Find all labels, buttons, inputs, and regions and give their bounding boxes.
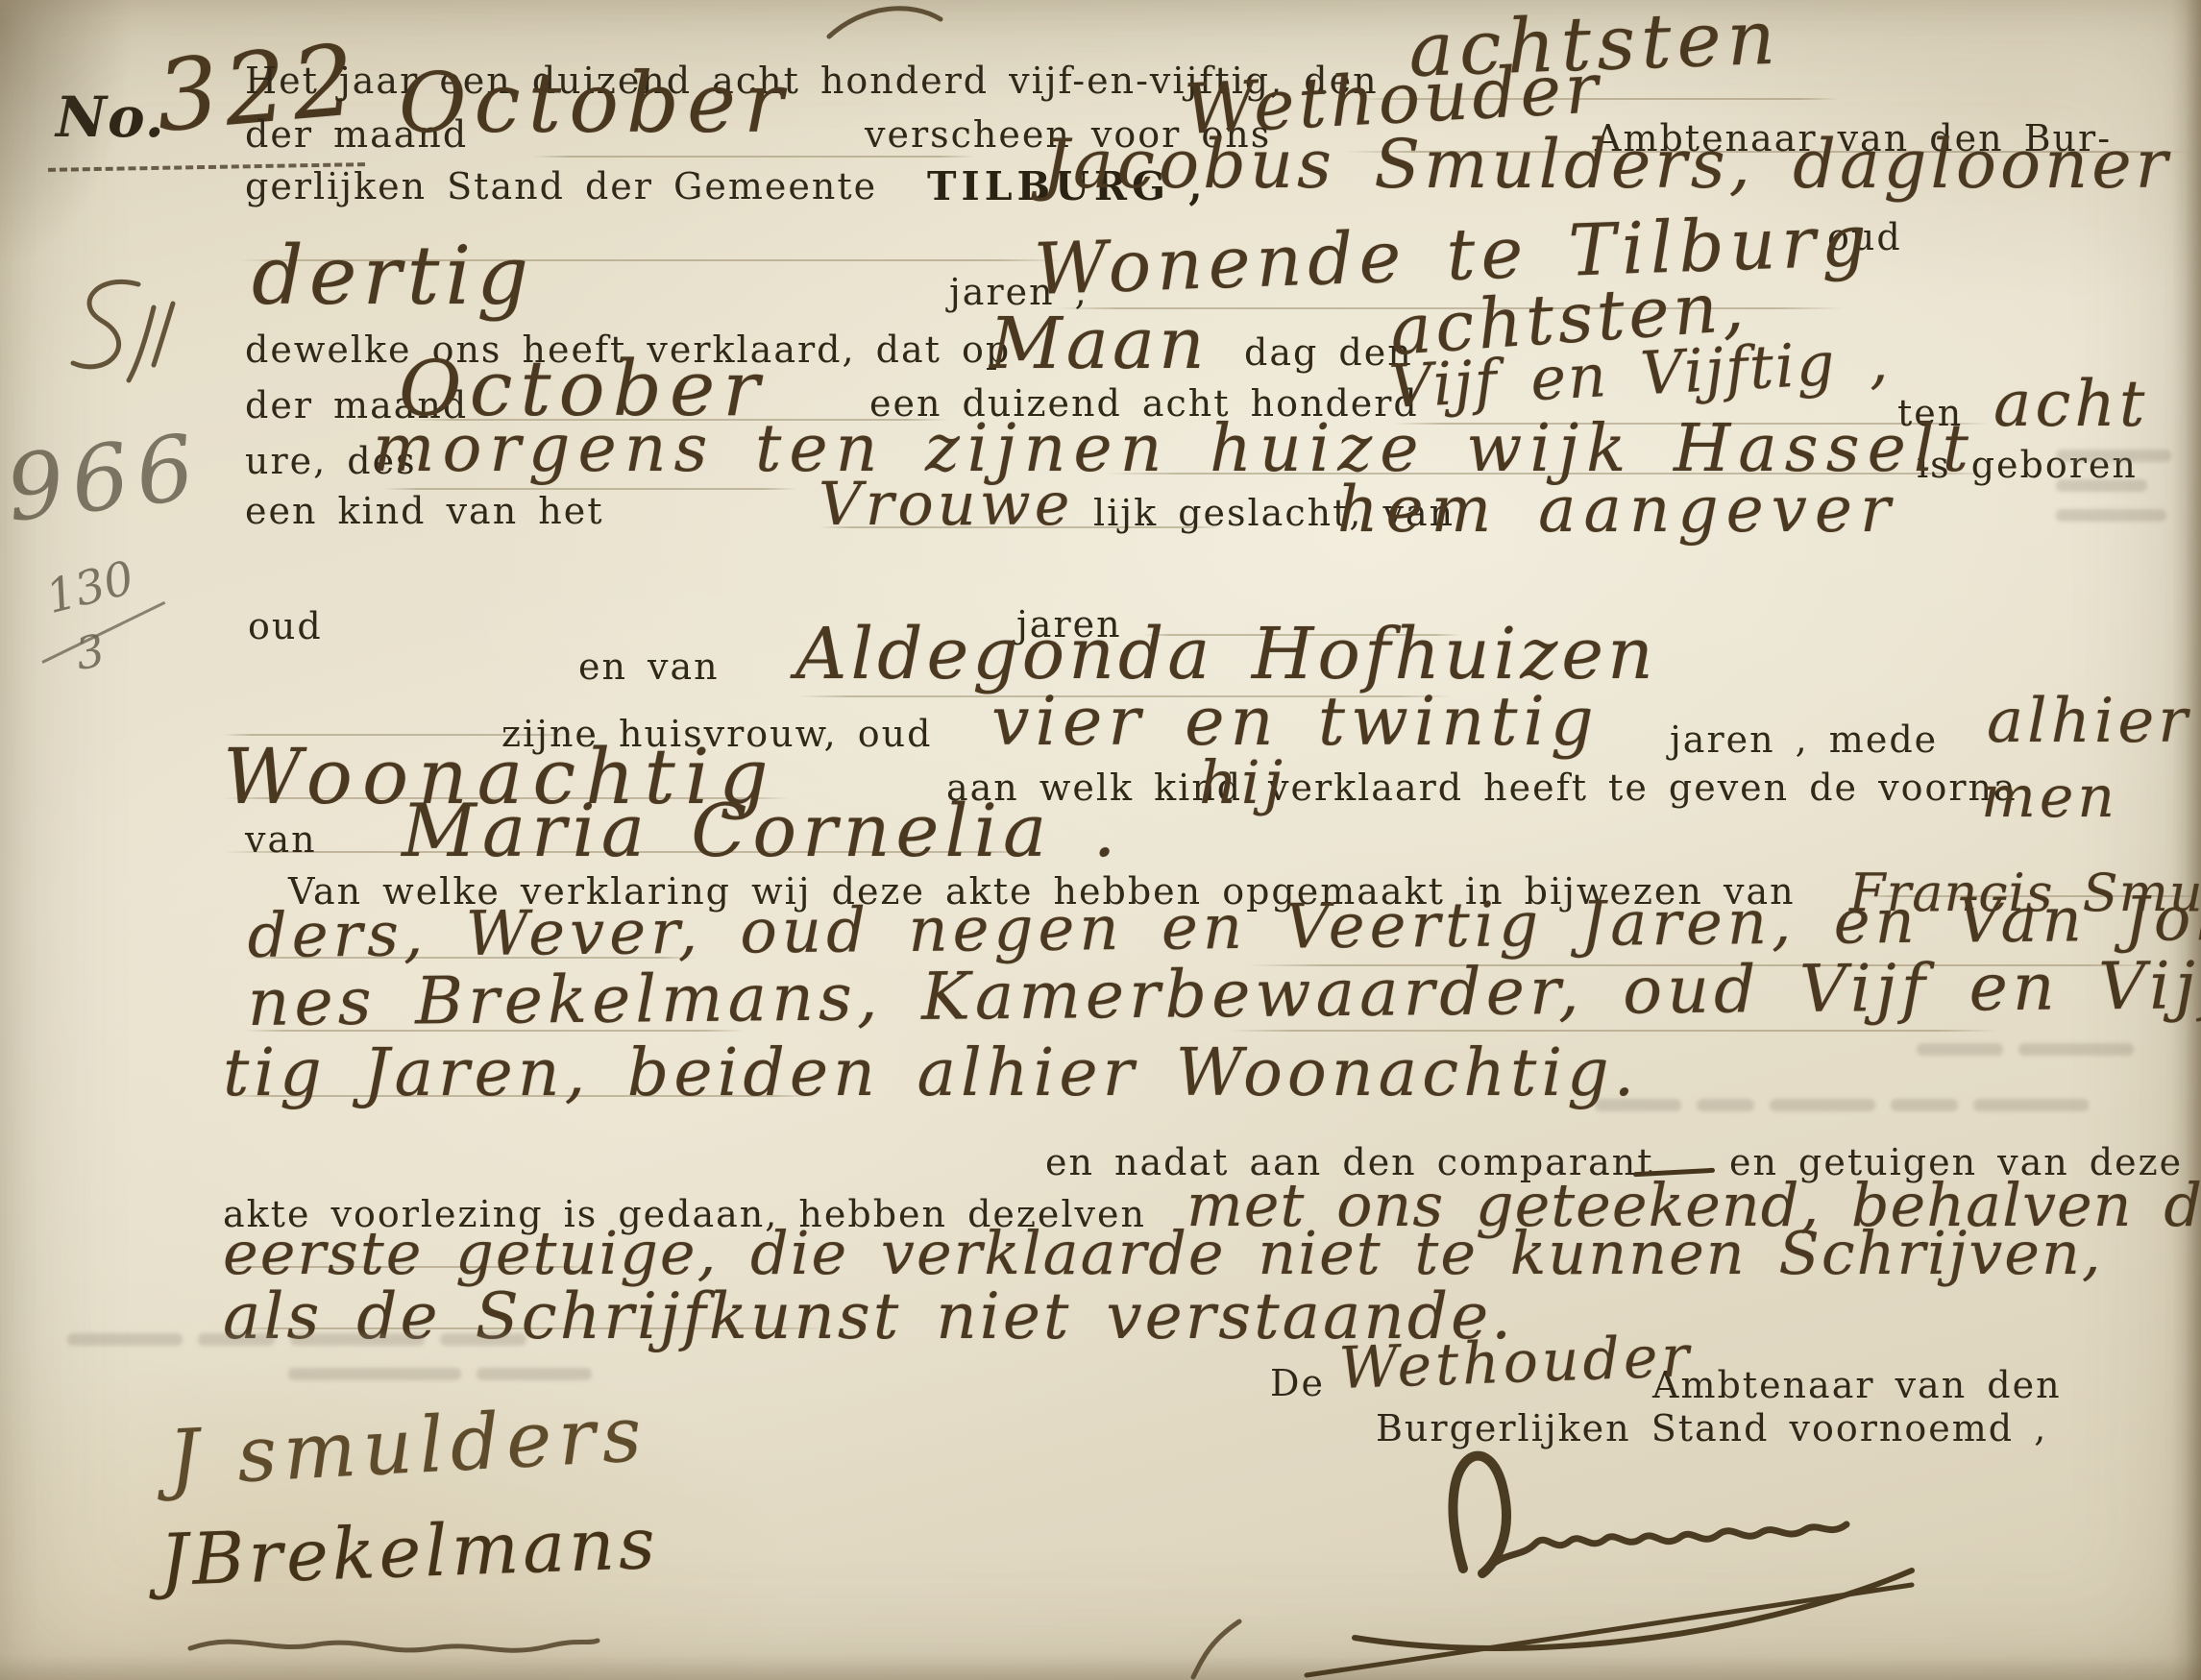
signature-flourish-line <box>183 1623 605 1662</box>
hw-child-gender: Vrouwe <box>819 469 1073 539</box>
bleed-through-text <box>2056 450 2171 522</box>
hw-hij: hij <box>1199 747 1286 817</box>
hw-closing-title: Wethouder <box>1338 1323 1695 1402</box>
margin-pencil-number: 966 <box>1 415 208 543</box>
margin-fraction-numerator: 130 <box>40 550 138 624</box>
hw-of-whom: hem aangever <box>1337 473 1898 547</box>
hw-child-name: Maria Cornelia . <box>402 788 1122 873</box>
cutoff-flourish-bottom <box>1182 1616 1249 1680</box>
cutoff-flourish-top <box>821 0 946 38</box>
declarant-signature: J smulders <box>166 1389 650 1503</box>
ruled-line <box>533 156 975 158</box>
hw-act-month: October <box>399 56 791 152</box>
scan-shadow-right-edge <box>2172 0 2201 1680</box>
hw-witness2-details-cont: tig Jaren, beiden alhier Woonachtig. <box>223 1035 1639 1111</box>
printed-voornamen: verklaard heeft te geven de voorna <box>1268 767 2018 809</box>
printed-en-van: en van <box>578 645 720 688</box>
hw-mother-age: vier en twintig <box>991 682 1600 761</box>
birth-record-scan: No. 322 966 130 3 Het jaar een duizend a… <box>0 0 2201 1680</box>
printed-jaren-mede: jaren , mede <box>1670 718 1938 761</box>
hw-weekday: Maan <box>990 303 1209 385</box>
official-signature <box>1278 1398 1969 1676</box>
bleed-through-text <box>67 1333 526 1346</box>
printed-oud-2: oud <box>248 605 323 647</box>
printed-een-kind: een kind van het <box>245 490 604 532</box>
record-number-label: No. <box>56 85 165 150</box>
witness-signature: JBrekelmans <box>159 1502 660 1602</box>
hw-declarant-age: dertig <box>252 229 534 323</box>
bleed-through-text <box>288 1368 592 1380</box>
hw-signing-note-2: eerste getuige, die verklaarde niet te k… <box>223 1218 2103 1288</box>
hw-men: men <box>1981 764 2118 831</box>
bleed-through-text <box>1917 1043 2134 1056</box>
hw-mother-residence: alhier <box>1987 686 2191 757</box>
hw-declarant-name: Jacobus Smulders, daglooner <box>1042 125 2171 204</box>
margin-paraph-flourish <box>46 271 190 386</box>
printed-van: van <box>245 818 317 861</box>
hw-birth-hour: acht <box>1993 367 2148 441</box>
printed-burgerlijken-stand: gerlijken Stand der Gemeente <box>245 165 877 207</box>
bleed-through-text <box>1595 1099 2089 1111</box>
